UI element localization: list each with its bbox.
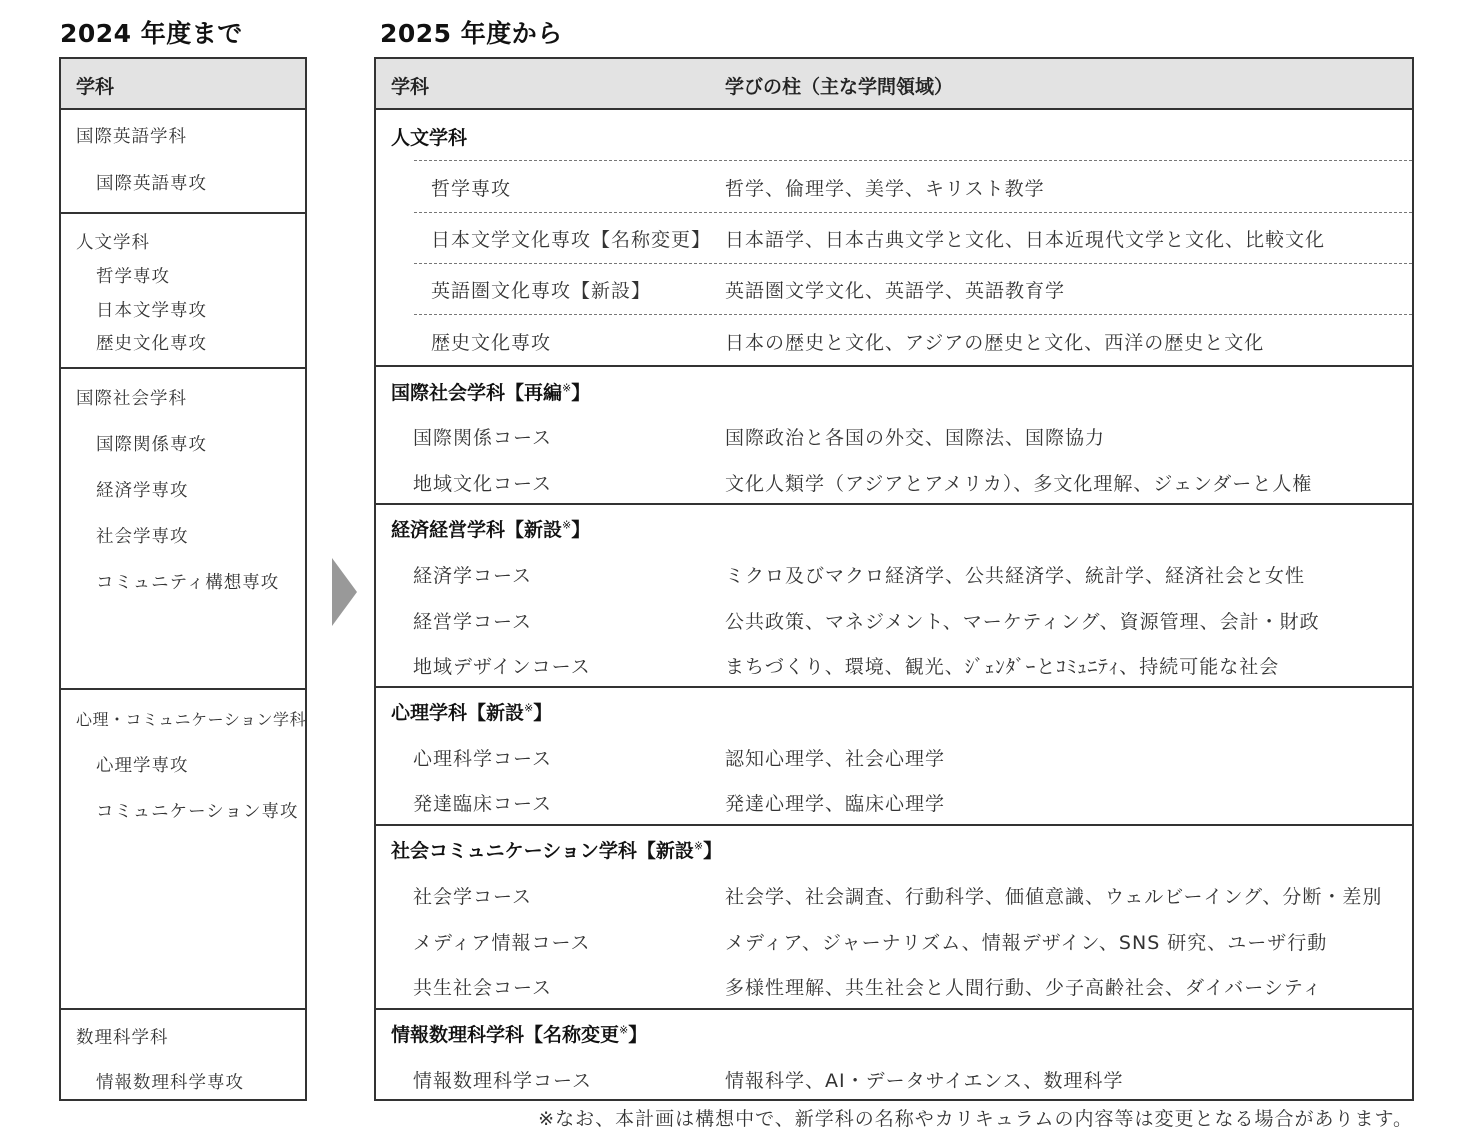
after-course-fields: 文化人類学（アジアとアメリカ）、多文化理解、ジェンダーと人権 xyxy=(725,469,1312,496)
after-major-label: 日本文学文化専攻【名称変更】 xyxy=(431,225,711,252)
before-dept-name: 国際英語学科 xyxy=(76,123,187,148)
after-course-fields: まちづくり、環境、観光、ｼﾞｪﾝﾀﾞｰとｺﾐｭﾆﾃｨ、持続可能な社会 xyxy=(725,652,1279,679)
after-course-label: 発達臨床コース xyxy=(413,789,552,816)
after-header-dept: 学科 xyxy=(391,72,429,99)
before-group-kokusai-shakai: 国際社会学科 国際関係専攻 経済学専攻 社会学専攻 コミュニティ構想専攻 xyxy=(61,369,305,690)
after-group-kokusai-shakai: 国際社会学科【再編※】 国際関係コース 国際政治と各国の外交、国際法、国際協力 … xyxy=(376,367,1412,505)
before-major: 経済学専攻 xyxy=(96,477,189,502)
after-major-fields: 日本語学、日本古典文学と文化、日本近現代文学と文化、比較文化 xyxy=(725,225,1325,252)
row-divider xyxy=(414,160,1412,161)
before-major: コミュニティ構想専攻 xyxy=(96,569,279,594)
after-major-label: 英語圏文化専攻【新設】 xyxy=(431,276,651,303)
after-course-fields: 社会学、社会調査、行動科学、価値意識、ウェルビーイング、分断・差別 xyxy=(725,882,1382,909)
after-course-fields: 公共政策、マネジメント、マーケティング、資源管理、会計・財政 xyxy=(725,607,1320,634)
before-major: 情報数理科学専攻 xyxy=(96,1069,244,1094)
before-major: 歴史文化専攻 xyxy=(96,330,207,355)
after-course-fields: 情報科学、AI・データサイエンス、数理科学 xyxy=(725,1066,1124,1093)
before-title: 2024 年度まで xyxy=(60,14,243,50)
row-divider xyxy=(414,212,1412,213)
after-table-header: 学科 学びの柱（主な学問領域） xyxy=(376,59,1412,110)
after-title: 2025 年度から xyxy=(380,14,563,50)
before-major: コミュニケーション専攻 xyxy=(96,798,298,823)
after-course-fields: 認知心理学、社会心理学 xyxy=(725,744,945,771)
before-dept-name: 国際社会学科 xyxy=(76,385,187,410)
after-major-label: 哲学専攻 xyxy=(431,174,511,201)
after-table: 学科 学びの柱（主な学問領域） 人文学科 哲学専攻 哲学、倫理学、美学、キリスト… xyxy=(374,57,1414,1101)
after-group-jinbun: 人文学科 哲学専攻 哲学、倫理学、美学、キリスト教学 日本文学文化専攻【名称変更… xyxy=(376,110,1412,367)
before-major: 日本文学専攻 xyxy=(96,297,207,322)
after-group-shinri: 心理学科【新設※】 心理科学コース 認知心理学、社会心理学 発達臨床コース 発達… xyxy=(376,688,1412,826)
after-major-label: 歴史文化専攻 xyxy=(431,328,551,355)
after-course-label: 情報数理科学コース xyxy=(413,1066,592,1093)
triangle-right-icon xyxy=(332,558,357,626)
before-group-kokusai-eigo: 国際英語学科 国際英語専攻 xyxy=(61,110,305,214)
after-dept-name: 経済経営学科【新設※】 xyxy=(391,515,590,542)
before-major: 心理学専攻 xyxy=(96,752,189,777)
footnote: ※なお、本計画は構想中で、新学科の名称やカリキュラムの内容等は変更となる場合があ… xyxy=(538,1104,1413,1131)
after-course-label: 地域文化コース xyxy=(413,469,552,496)
after-major-fields: 日本の歴史と文化、アジアの歴史と文化、西洋の歴史と文化 xyxy=(725,328,1264,355)
before-major: 国際英語専攻 xyxy=(96,170,207,195)
after-major-fields: 英語圏文学文化、英語学、英語教育学 xyxy=(725,276,1065,303)
after-dept-name: 社会コミュニケーション学科【新設※】 xyxy=(391,836,722,863)
after-course-label: 経営学コース xyxy=(413,607,532,634)
after-dept-name: 人文学科 xyxy=(391,123,467,150)
row-divider xyxy=(414,263,1412,264)
after-course-label: メディア情報コース xyxy=(413,928,591,955)
after-course-fields: 発達心理学、臨床心理学 xyxy=(725,789,945,816)
before-major: 国際関係専攻 xyxy=(96,431,207,456)
after-course-label: 国際関係コース xyxy=(413,423,552,450)
after-course-label: 社会学コース xyxy=(413,882,532,909)
before-major: 社会学専攻 xyxy=(96,523,189,548)
before-major: 哲学専攻 xyxy=(96,263,170,288)
after-major-fields: 哲学、倫理学、美学、キリスト教学 xyxy=(725,174,1045,201)
before-table: 学科 国際英語学科 国際英語専攻 人文学科 哲学専攻 日本文学専攻 歴史文化専攻… xyxy=(59,57,307,1101)
after-group-joho-suri: 情報数理科学科【名称変更※】 情報数理科学コース 情報科学、AI・データサイエン… xyxy=(376,1010,1412,1100)
after-course-fields: 国際政治と各国の外交、国際法、国際協力 xyxy=(725,423,1105,450)
before-dept-name: 心理・コミュニケーション学科 xyxy=(76,707,306,730)
after-header-fields: 学びの柱（主な学問領域） xyxy=(725,72,953,99)
after-course-fields: 多様性理解、共生社会と人間行動、少子高齢社会、ダイバーシティ xyxy=(725,973,1322,1000)
after-group-keizai-keiei: 経済経営学科【新設※】 経済学コース ミクロ及びマクロ経済学、公共経済学、統計学… xyxy=(376,505,1412,688)
row-divider xyxy=(414,314,1412,315)
before-group-shinri-comm: 心理・コミュニケーション学科 心理学専攻 コミュニケーション専攻 xyxy=(61,690,305,1010)
after-course-label: 地域デザインコース xyxy=(413,652,591,679)
before-dept-name: 数理科学科 xyxy=(76,1024,169,1049)
after-course-label: 経済学コース xyxy=(413,561,532,588)
before-group-suri: 数理科学科 情報数理科学専攻 xyxy=(61,1010,305,1100)
after-dept-name: 国際社会学科【再編※】 xyxy=(391,378,590,405)
after-course-label: 共生社会コース xyxy=(413,973,552,1000)
before-dept-name: 人文学科 xyxy=(76,229,150,254)
after-dept-name: 情報数理科学科【名称変更※】 xyxy=(391,1020,647,1047)
after-course-label: 心理科学コース xyxy=(413,744,552,771)
after-group-shakai-comm: 社会コミュニケーション学科【新設※】 社会学コース 社会学、社会調査、行動科学、… xyxy=(376,826,1412,1010)
after-course-fields: ミクロ及びマクロ経済学、公共経済学、統計学、経済社会と女性 xyxy=(725,561,1305,588)
before-table-header: 学科 xyxy=(61,59,305,110)
before-group-jinbun: 人文学科 哲学専攻 日本文学専攻 歴史文化専攻 xyxy=(61,214,305,369)
before-header-dept: 学科 xyxy=(76,72,114,99)
after-course-fields: メディア、ジャーナリズム、情報デザイン、SNS 研究、ユーザ行動 xyxy=(725,928,1327,955)
after-dept-name: 心理学科【新設※】 xyxy=(391,698,552,725)
